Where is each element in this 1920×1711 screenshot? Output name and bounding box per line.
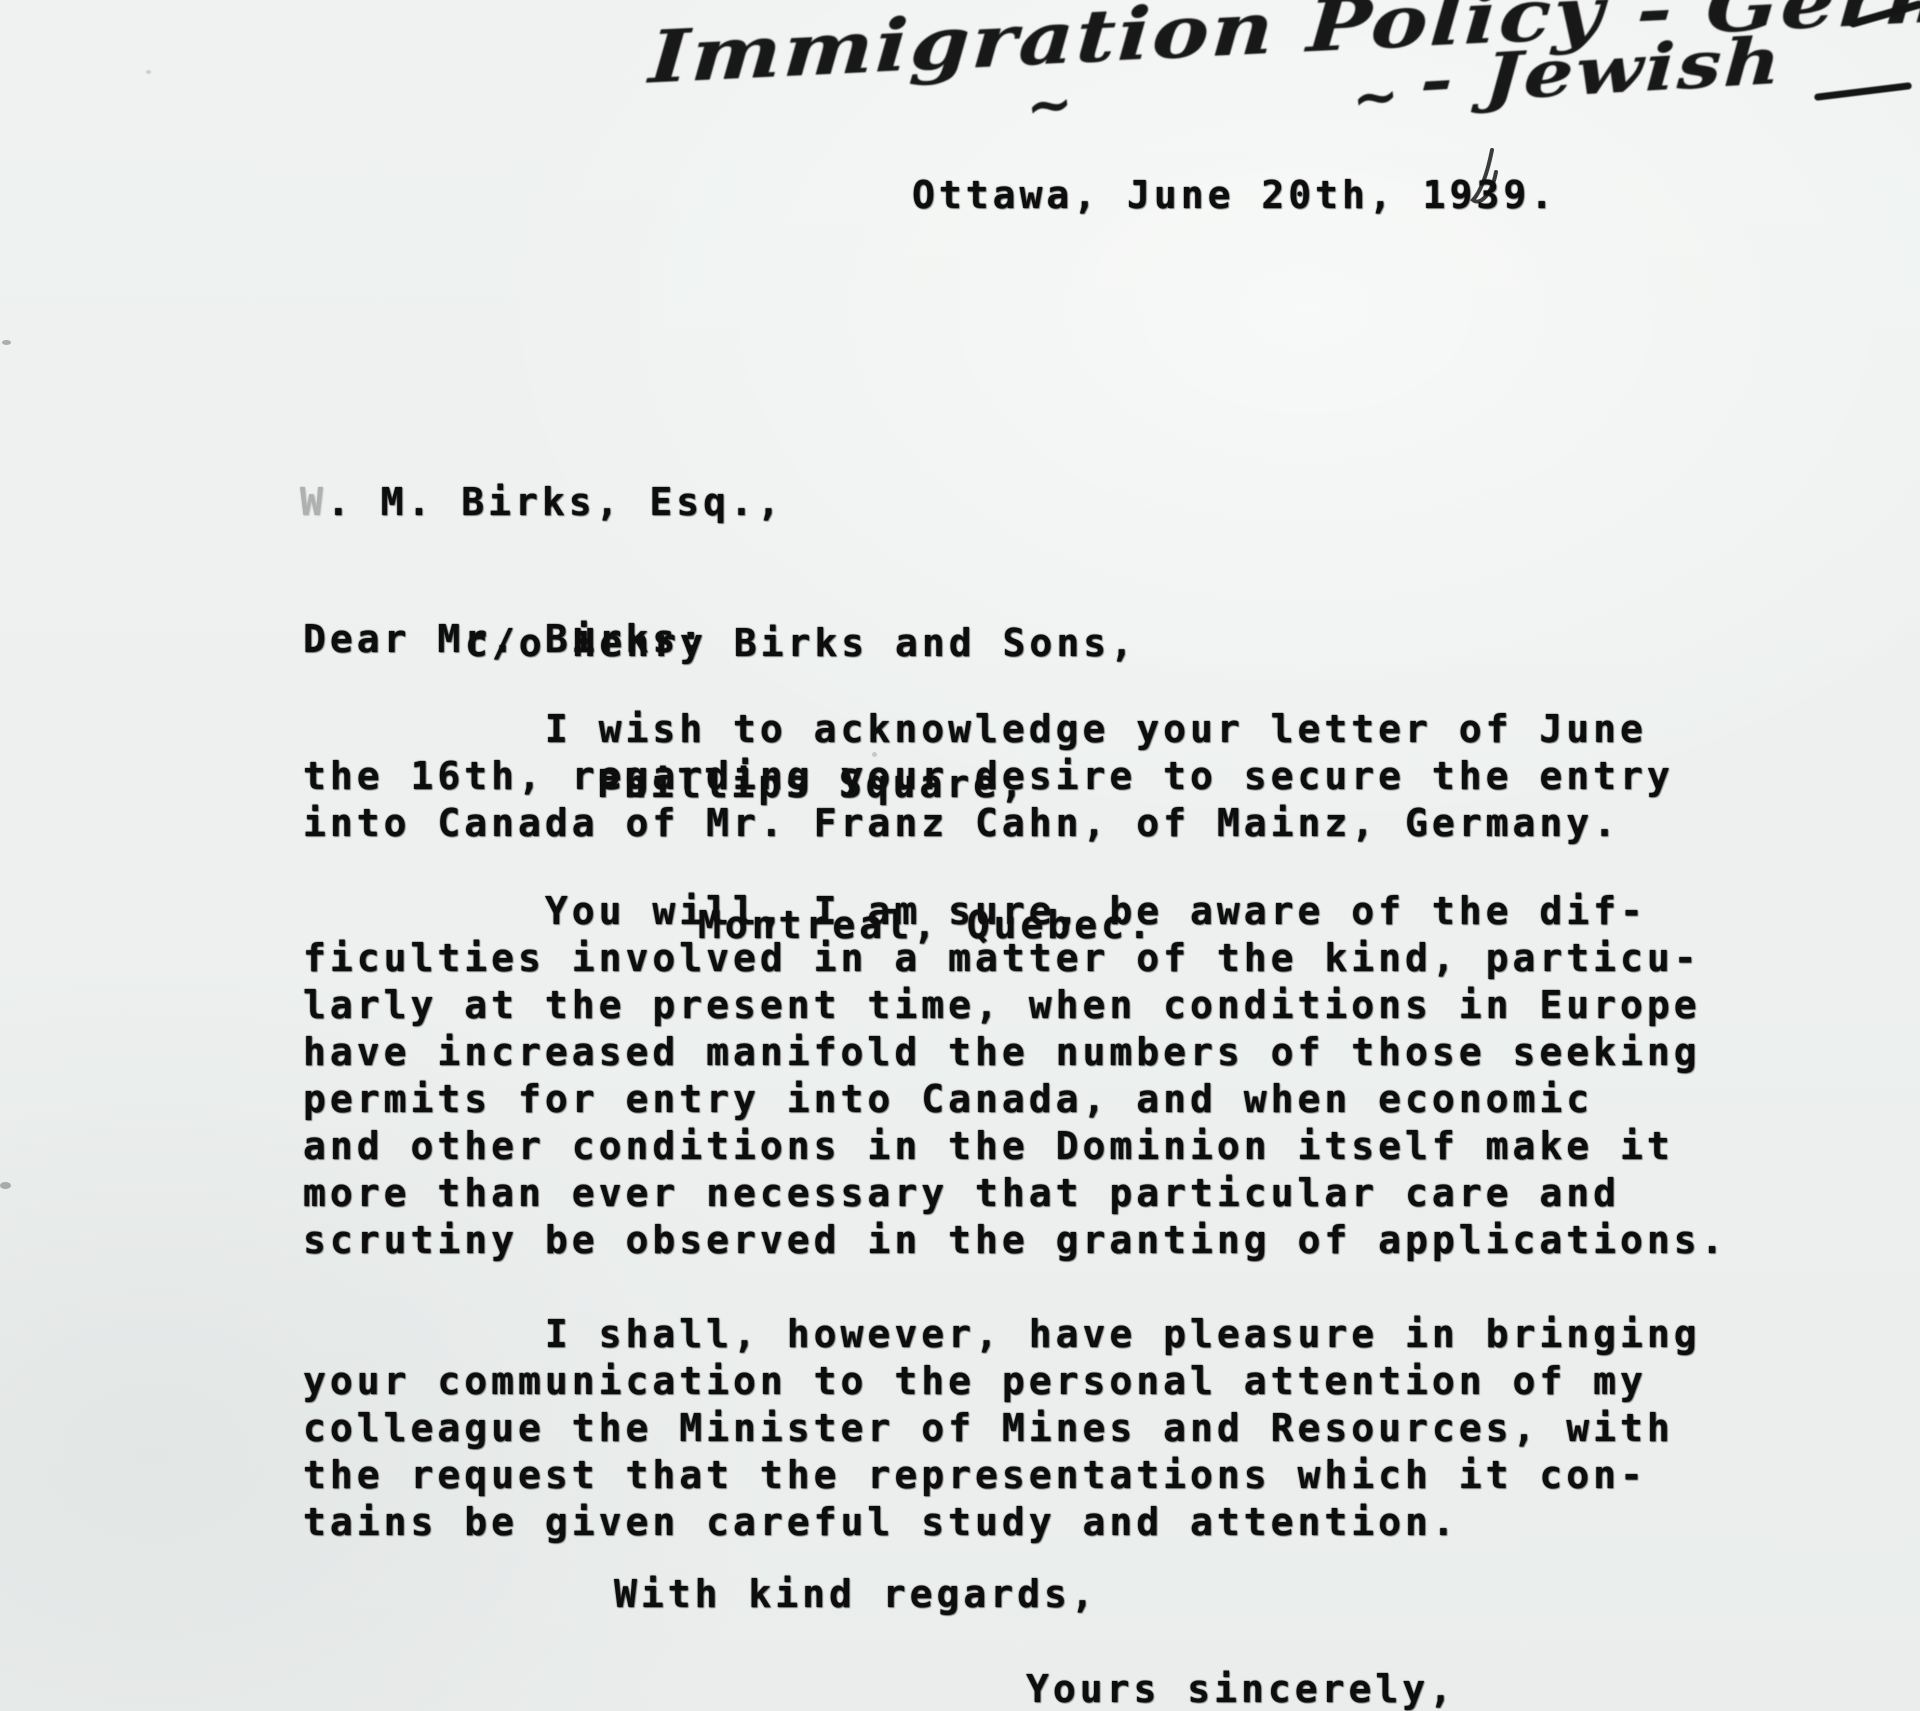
ditto-mark: ~ [1349,62,1403,133]
paper-speck [146,70,151,74]
regards-line: With kind regards, [614,1571,1098,1618]
body-paragraph-2: You will, I am sure, be aware of the dif… [303,888,1728,1264]
address-faint-initial: W [300,480,327,524]
letter-scan-page: Immigration Policy - German ~ ~ - Jewish… [0,0,1920,1711]
body-paragraph-1: I wish to acknowledge your letter of Jun… [303,706,1674,847]
paper-speck [2,340,11,345]
body-paragraph-3: I shall, however, have pleasure in bring… [303,1311,1701,1546]
address-line-1: W. M. Birks, Esq., [300,479,1155,526]
handwritten-dash-line2 [1814,82,1912,101]
dateline: Ottawa, June 20th, 1939. [912,172,1557,219]
ditto-mark: ~ [1023,70,1077,141]
closing-line: Yours sincerely, [1026,1666,1456,1711]
paper-speck [872,752,877,757]
paper-speck [0,1182,11,1189]
salutation: Dear Mr. Birks: [303,616,706,663]
